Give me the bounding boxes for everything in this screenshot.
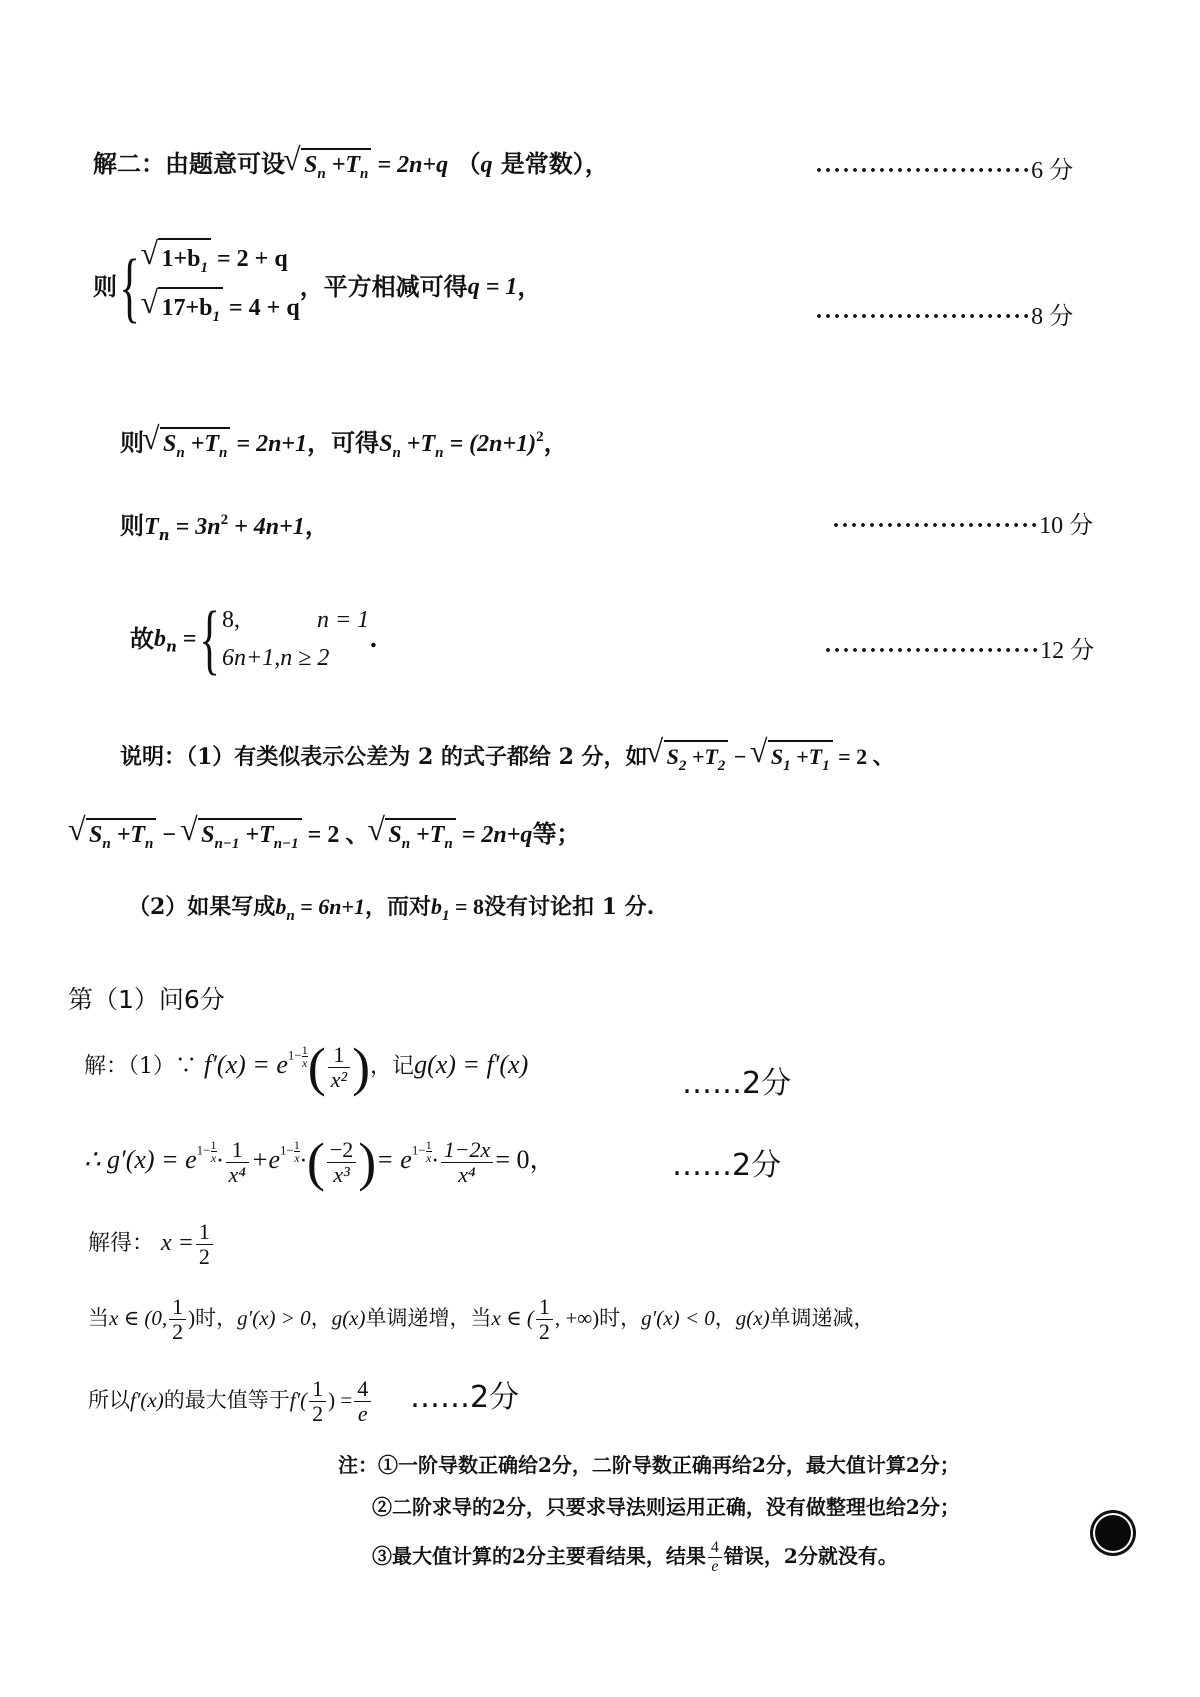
t-var: T xyxy=(144,514,159,540)
case1-val: 8, xyxy=(222,601,317,639)
frac-num: 1 xyxy=(196,1220,213,1245)
mono-text-4: 单调递增，当 xyxy=(366,1306,492,1330)
exponent: 1−1x xyxy=(280,1139,300,1164)
case1-cond: n = 1 xyxy=(317,607,369,633)
left-brace: { xyxy=(199,600,220,678)
system-eq2: 17+b1 = 4 + q xyxy=(142,287,299,336)
g-x: g(x) xyxy=(736,1306,770,1330)
case2-cond: n ≥ 2 xyxy=(280,645,329,671)
paren-open: （ xyxy=(456,149,480,178)
max-mid: 的最大值等于 xyxy=(164,1388,290,1412)
system-eq1: 1+b1 = 2 + q xyxy=(142,238,299,287)
solve-line: 解得： x =12 xyxy=(88,1215,215,1272)
part1-score-2: ……2分 xyxy=(672,1140,781,1184)
eq2-sub: 1 xyxy=(212,309,220,325)
eq1-radicand: 1+b xyxy=(161,246,200,272)
exponent: 1−1x xyxy=(197,1139,217,1164)
score-8: ························8 分 xyxy=(815,296,1073,331)
equation-system: 1+b1 = 2 + q 17+b1 = 4 + q xyxy=(142,238,299,336)
frac-1-2x-x4: 1−2xx⁴ xyxy=(441,1138,494,1187)
mono-text-2: 时， xyxy=(195,1306,237,1330)
fprime-expr: f′(x) = e xyxy=(204,1050,288,1079)
remark-3-expr: = 6n+1 xyxy=(295,894,365,919)
paren-open: ( xyxy=(307,1132,325,1192)
fprime-close: ) = xyxy=(328,1388,352,1412)
deriv-prefix: ∴ g′(x) = e xyxy=(84,1145,197,1174)
eq-e: = e xyxy=(376,1145,412,1174)
remark-2-end: 等； xyxy=(532,819,580,848)
note-3: ③最大值计算的2分主要看结果，结果4e错误，2分就没有。 xyxy=(372,1532,898,1580)
frac-den: x⁴ xyxy=(226,1163,249,1187)
interval-1-start: x ∈ (0, xyxy=(109,1306,167,1330)
q-result: q = 1 xyxy=(468,274,518,300)
mono-when: 当 xyxy=(88,1306,109,1330)
note-1: 注：①一阶导数正确给2分，二阶导数正确再给2分，最大值计算2分； xyxy=(338,1450,960,1480)
square-sup: 2 xyxy=(221,512,229,528)
sqrt-sn-tn: Sn +Tn xyxy=(144,427,230,468)
case2-val: 6n+1, xyxy=(222,645,280,671)
leader-dots: ······················· xyxy=(832,513,1039,539)
exponent: 1−1x xyxy=(288,1044,308,1069)
solution2-line4: 则Tn = 3n2 + 4n+1， xyxy=(120,505,329,550)
eq1-rhs: = 2 + q xyxy=(211,246,288,272)
sqrt-sn-tn: Sn +Tn xyxy=(285,148,371,189)
solution2-line5: 故bn ={ 8,n = 1 6n+1,n ≥ 2 . xyxy=(130,600,378,678)
note-3-pre: ③最大值计算的2分主要看结果，结果 xyxy=(372,1544,706,1568)
solution2-line1: 解二：由题意可设Sn +Tn = 2n+q （q 是常数）， xyxy=(93,148,609,189)
frac-1-x4: 1x⁴ xyxy=(226,1138,249,1187)
sqrt-sn-tn-2: Sn +Tn xyxy=(369,818,455,859)
monotonicity-line: 当x ∈ (0,12)时，g′(x) > 0，g(x)单调递增，当x ∈ (12… xyxy=(88,1290,875,1346)
therefore-label: 故 xyxy=(130,624,154,653)
leader-dots: ························ xyxy=(815,158,1031,184)
remark-3-mid: ，而对 xyxy=(365,894,431,920)
line3-expr: Sn +Tn xyxy=(379,431,443,457)
frac-4-e: 4e xyxy=(708,1539,722,1576)
frac-den: x⁴ xyxy=(441,1163,494,1187)
square-sup: 2 xyxy=(536,429,544,445)
mono-text-5: 时， xyxy=(599,1306,641,1330)
sol-prefix: 解：（1）∵ xyxy=(84,1054,197,1079)
comma: ， xyxy=(715,1306,736,1330)
left-brace: { xyxy=(119,248,140,326)
remark-line2: Sn +Tn − Sn−1 +Tn−1 = 2 、Sn +Tn = 2n+q等； xyxy=(70,818,580,859)
remark-2-mid: = 2 、 xyxy=(302,822,370,848)
b-sub: n xyxy=(166,638,177,656)
g-prime-neg: g′(x) < 0 xyxy=(641,1306,715,1330)
paren-close: ) xyxy=(358,1132,376,1192)
score-label: 8 分 xyxy=(1031,304,1073,330)
eq2-radicand: 17+b xyxy=(161,295,212,321)
frac-den: e xyxy=(708,1558,722,1576)
g-prime-pos: g′(x) > 0 xyxy=(237,1306,311,1330)
frac-4-e: 4e xyxy=(354,1377,371,1426)
comma: ， xyxy=(544,428,568,457)
part1-score-3: ……2分 xyxy=(410,1380,519,1415)
solve-label: 解得： xyxy=(88,1231,154,1256)
sqrt-s1-t1: S1 +T1 xyxy=(752,740,833,781)
note-2: ②二阶求导的2分，只要求导法则运用正确，没有做整理也给2分； xyxy=(372,1492,960,1522)
score-label: 10 分 xyxy=(1039,513,1093,539)
then-label: 则 xyxy=(93,272,117,301)
line3-expr-rhs: = (2n+1) xyxy=(443,431,536,457)
case-1: 8,n = 1 xyxy=(222,601,369,639)
part1-derivative-line: ∴ g′(x) = e1−1x·1x⁴+e1−1x·(−2x³)= e1−1x·… xyxy=(84,1130,556,1192)
part1-score-1: ……2分 xyxy=(682,1058,791,1102)
score-12: ························12 分 xyxy=(824,630,1094,665)
frac-num: 4 xyxy=(354,1377,371,1402)
frac-den: x² xyxy=(328,1068,350,1092)
line4-rhs: = 3n xyxy=(170,514,221,540)
solution2-line1-prefix: 解二：由题意可设 xyxy=(93,149,285,178)
then-label: 则 xyxy=(120,428,144,457)
frac-den: e xyxy=(354,1402,371,1426)
remark-3-prefix: （2）如果写成 xyxy=(128,894,275,920)
frac-num: −2 xyxy=(327,1138,356,1163)
leader-dots: ························ xyxy=(815,304,1031,330)
remark-1-end: = 2 、 xyxy=(833,744,895,769)
mono-text-7: 单调递减， xyxy=(770,1306,875,1330)
leader-dots: ························ xyxy=(824,638,1040,664)
part1-mid: ，记 xyxy=(370,1054,414,1079)
frac-half: 12 xyxy=(536,1295,553,1344)
score-6: ························6 分 xyxy=(815,150,1073,185)
interval-2-end: , +∞) xyxy=(555,1306,599,1330)
equals: = xyxy=(177,626,197,652)
g-def: g(x) = f′(x) xyxy=(414,1050,528,1079)
max-value-line: 所以f′(x)的最大值等于f′(12) =4e ……2分 xyxy=(88,1370,519,1428)
frac-num: 1−2x xyxy=(441,1138,494,1163)
comma: ， xyxy=(311,1306,332,1330)
part1-header: 第（1）问6分 xyxy=(68,985,225,1015)
score-label: 6 分 xyxy=(1031,158,1073,184)
g-x: g(x) xyxy=(332,1306,366,1330)
paren-open: ( xyxy=(308,1037,326,1097)
frac-half: 12 xyxy=(196,1220,213,1269)
case-2: 6n+1,n ≥ 2 xyxy=(222,639,369,677)
sqrt-s2-t2: S2 +T2 xyxy=(648,740,729,781)
note-3-post: 错误，2分就没有。 xyxy=(724,1544,898,1568)
sqrt-sn-tn: Sn +Tn xyxy=(70,818,156,859)
solution2-line2: 则{ 1+b1 = 2 + q 17+b1 = 4 + q ，平方相减可得q =… xyxy=(93,238,541,336)
then-label: 则 xyxy=(120,511,144,540)
exp-text: 1− xyxy=(288,1047,302,1062)
fprime-open: f′( xyxy=(290,1388,307,1412)
solution2-line1-suffix: 是常数）， xyxy=(492,149,608,178)
t-sub: n xyxy=(159,526,170,544)
comma: ， xyxy=(305,511,329,540)
line4-rhs2: + 4n+1 xyxy=(228,514,305,540)
eq1-sub: 1 xyxy=(200,260,208,276)
comma: ， xyxy=(517,272,541,301)
frac-den: x³ xyxy=(327,1163,356,1187)
line3-mid: ，可得 xyxy=(307,428,379,457)
b-var: b xyxy=(154,626,166,652)
solve-lhs: x = xyxy=(161,1230,194,1256)
frac-neg2-x3: −2x³ xyxy=(327,1138,356,1187)
solution2-line1-rhs: = 2n+q xyxy=(371,152,448,178)
filled-circle-icon xyxy=(1093,1513,1133,1553)
score-10: ·······················10 分 xyxy=(832,505,1093,540)
frac-num: 1 xyxy=(328,1043,350,1068)
remark-line1: 说明：（1）有类似表示公差为 2 的式子都给 2 分，如S2 +T2 − S1 … xyxy=(120,740,895,781)
paren-close: ) xyxy=(352,1037,370,1097)
remark-line3: （2）如果写成bn = 6n+1，而对b1 = 8没有讨论扣 1 分. xyxy=(128,892,654,931)
period: . xyxy=(369,624,377,653)
solution2-line2-mid: ，平方相减可得 xyxy=(300,272,468,301)
sqrt-sn1-tn1: Sn−1 +Tn−1 xyxy=(182,818,302,859)
eq2-rhs: = 4 + q xyxy=(223,295,300,321)
max-prefix: 所以 xyxy=(88,1388,130,1412)
plus-e: +e xyxy=(251,1145,280,1174)
exp-frac-den: x xyxy=(302,1056,307,1070)
part1-solution-line: 解：（1）∵ f′(x) = e1−1x(1x²)，记g(x) = f′(x) xyxy=(84,1040,528,1094)
deriv-end: = 0， xyxy=(495,1145,555,1174)
frac-num: 1 xyxy=(226,1138,249,1163)
frac-num: 4 xyxy=(708,1539,722,1558)
frac-den: 2 xyxy=(196,1245,213,1269)
frac-half: 12 xyxy=(309,1377,326,1426)
frac-1-x2: 1x² xyxy=(328,1043,350,1092)
remark-1-text: 说明：（1）有类似表示公差为 2 的式子都给 2 分，如 xyxy=(120,744,648,770)
fprime-x: f′(x) xyxy=(130,1388,164,1412)
q-var: q xyxy=(480,152,492,178)
piecewise: 8,n = 1 6n+1,n ≥ 2 xyxy=(222,601,369,677)
solution2-line3: 则Sn +Tn = 2n+1，可得Sn +Tn = (2n+1)2， xyxy=(120,422,568,468)
interval-2-start: x ∈ ( xyxy=(492,1306,534,1330)
remark-2-rhs: = 2n+q xyxy=(456,822,533,848)
exponent: 1−1x xyxy=(412,1139,432,1164)
line3-rhs: = 2n+1 xyxy=(230,431,307,457)
remark-3-expr2: = 8 xyxy=(449,894,484,919)
remark-3-end: 没有讨论扣 1 分. xyxy=(484,894,654,920)
score-label: 12 分 xyxy=(1040,638,1094,664)
frac-half: 12 xyxy=(169,1295,186,1344)
